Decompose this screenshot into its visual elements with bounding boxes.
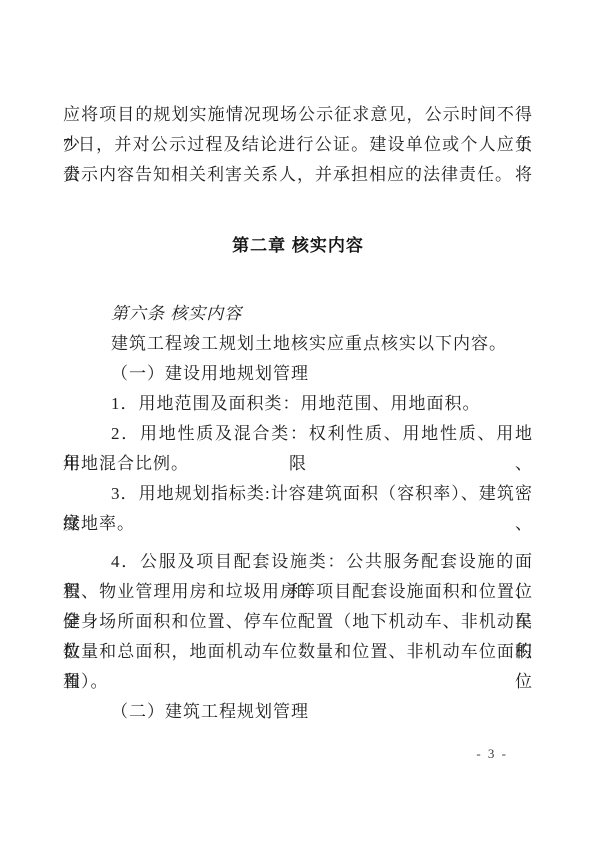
section-1-title: （一）建设用地规划管理 xyxy=(63,359,533,389)
item-4-line-2: 置、物业管理用房和垃圾用房等项目配套设施面积和位置、全民 xyxy=(63,577,533,607)
intro-paragraph-line-2: 7 日，并对公示过程及结论进行公证。建设单位或个人应负责将 xyxy=(63,130,533,160)
item-1-line-1: 1．用地范围及面积类：用地范围、用地面积。 xyxy=(63,389,533,419)
intro-paragraph-line-1: 应将项目的规划实施情况现场公示征求意见，公示时间不得少于 xyxy=(63,100,533,130)
document-page: 应将项目的规划实施情况现场公示征求意见，公示时间不得少于 7 日，并对公示过程及… xyxy=(0,0,596,842)
item-4-line-3: 健身场所面积和位置、停车位配置（地下机动车、非机动车位的 xyxy=(63,607,533,637)
page-number: - 3 - xyxy=(476,746,508,762)
chapter-heading: 第二章 核实内容 xyxy=(63,231,533,261)
section-2-title: （二）建筑工程规划管理 xyxy=(63,697,533,727)
item-3-line-1: 3．用地规划指标类:计容建筑面积（容积率）、建筑密度、 xyxy=(63,479,533,509)
article-intro: 建筑工程竣工规划土地核实应重点核实以下内容。 xyxy=(63,329,533,359)
item-2-line-1: 2．用地性质及混合类：权利性质、用地性质、用地年限、 xyxy=(63,419,533,449)
item-4-line-1: 4．公服及项目配套设施类：公共服务配套设施的面积和位 xyxy=(63,547,533,577)
article-title: 第六条 核实内容 xyxy=(63,299,533,329)
intro-paragraph-line-3: 公示内容告知相关利害关系人，并承担相应的法律责任。 xyxy=(63,160,533,190)
item-4-line-4: 数量和总面积，地面机动车位数量和位置、非机动车位面积和位 xyxy=(63,637,533,667)
